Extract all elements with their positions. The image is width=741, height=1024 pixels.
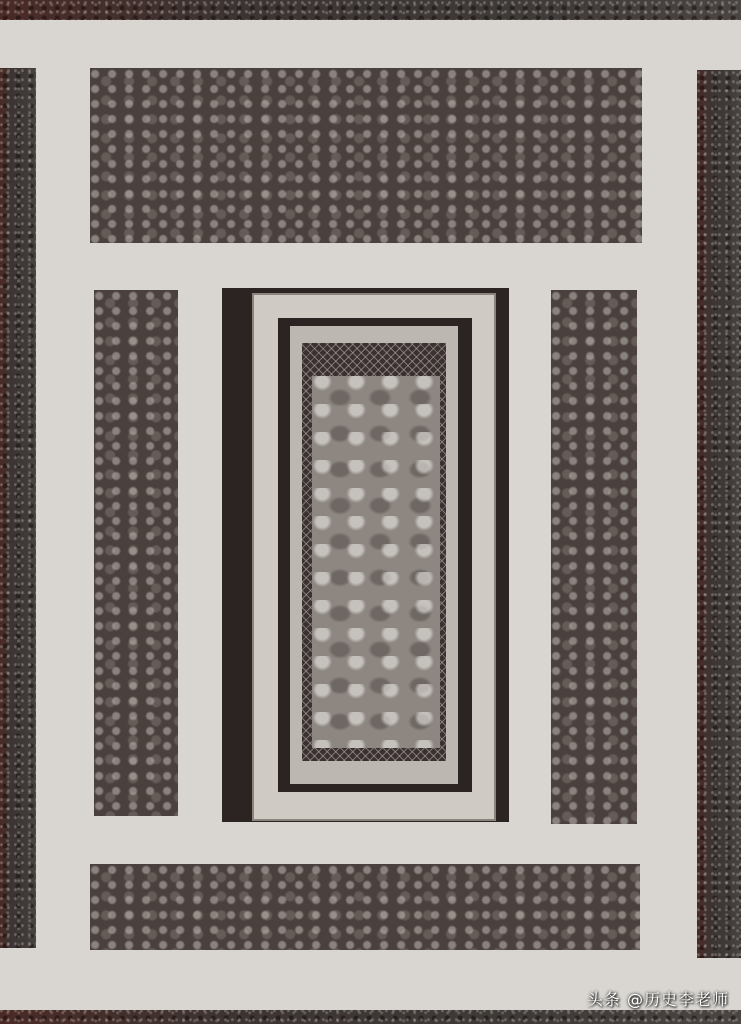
left-side-compartment (94, 290, 178, 816)
left-gravel-strip (0, 68, 36, 948)
right-side-compartment (551, 290, 637, 824)
head-compartment (90, 68, 642, 243)
right-gravel-strip (697, 70, 741, 958)
foot-compartment (90, 864, 640, 950)
shroud (312, 376, 440, 748)
watermark: 头条 @历史李老师 (587, 987, 729, 1010)
